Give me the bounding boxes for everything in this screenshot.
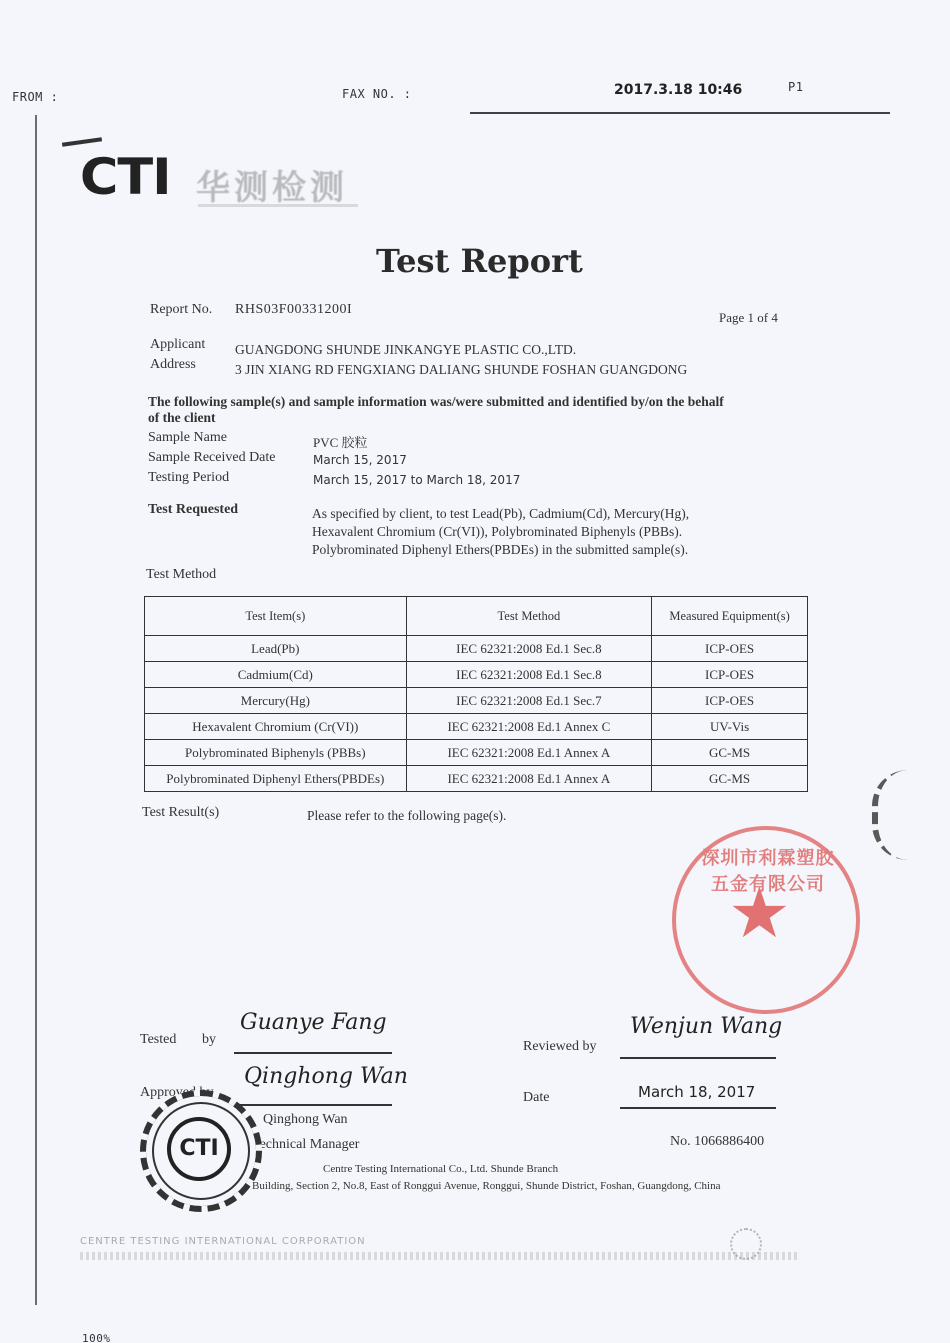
page-title: Test Report (376, 242, 583, 280)
cell-test-method: IEC 62321:2008 Ed.1 Sec.8 (406, 662, 652, 688)
cell-test-method: IEC 62321:2008 Ed.1 Annex A (406, 740, 652, 766)
approver-title: Technical Manager (252, 1137, 359, 1153)
cell-equipment: GC-MS (652, 766, 808, 792)
cell-test-item: Hexavalent Chromium (Cr(VI)) (145, 714, 407, 740)
company-red-seal: ★ 深圳市利霖塑胶五金有限公司 (672, 826, 860, 1014)
table-row: Polybrominated Diphenyl Ethers(PBDEs)IEC… (145, 766, 808, 792)
cti-round-stamp: CTI (140, 1090, 262, 1212)
test-method-table: Test Item(s) Test Method Measured Equipm… (144, 596, 808, 792)
reviewed-signature-line (620, 1057, 776, 1059)
testing-period-label: Testing Period (148, 470, 229, 486)
table-row: Cadmium(Cd)IEC 62321:2008 Ed.1 Sec.8ICP-… (145, 662, 808, 688)
testing-period-value: March 15, 2017 to March 18, 2017 (313, 473, 520, 487)
company-footer-address: Building, Section 2, No.8, East of Rongg… (252, 1180, 721, 1192)
page-indicator: Page 1 of 4 (719, 310, 778, 326)
test-requested-line-3: Polybrominated Diphenyl Ethers(PBDEs) in… (312, 542, 688, 558)
approved-signature: Qinghong Wan (244, 1064, 408, 1089)
report-no: RHS03F00331200I (235, 302, 352, 318)
faded-contact-line (80, 1252, 800, 1260)
faded-letterhead: CENTRE TESTING INTERNATIONAL CORPORATION (80, 1236, 366, 1247)
sample-name-label: Sample Name (148, 430, 227, 446)
logo-subtitle (198, 204, 358, 207)
reviewed-signature: Wenjun Wang (630, 1014, 782, 1039)
fax-from-label: FROM : (12, 90, 58, 104)
cell-equipment: ICP-OES (652, 662, 808, 688)
faded-logo-icon (730, 1228, 762, 1260)
page-counter: 100% (82, 1332, 111, 1343)
cell-test-method: IEC 62321:2008 Ed.1 Sec.8 (406, 636, 652, 662)
cell-test-item: Mercury(Hg) (145, 688, 407, 714)
table-header-row: Test Item(s) Test Method Measured Equipm… (145, 597, 808, 636)
approver-name: Qinghong Wan (263, 1112, 348, 1128)
company-footer-name: Centre Testing International Co., Ltd. S… (323, 1163, 558, 1175)
received-date-value: March 15, 2017 (313, 453, 407, 467)
table-row: Lead(Pb)IEC 62321:2008 Ed.1 Sec.8ICP-OES (145, 636, 808, 662)
tested-signature-line (234, 1052, 392, 1054)
test-requested-label: Test Requested (148, 502, 238, 518)
cell-test-item: Cadmium(Cd) (145, 662, 407, 688)
cell-equipment: ICP-OES (652, 688, 808, 714)
logo-accent (62, 137, 102, 147)
intro-line-2: of the client (148, 410, 215, 426)
test-result-value: Please refer to the following page(s). (307, 808, 506, 824)
table-row: Polybrominated Biphenyls (PBBs)IEC 62321… (145, 740, 808, 766)
header-test-method: Test Method (406, 597, 652, 636)
cell-test-method: IEC 62321:2008 Ed.1 Annex C (406, 714, 652, 740)
cell-test-item: Polybrominated Biphenyls (PBBs) (145, 740, 407, 766)
cell-equipment: UV-Vis (652, 714, 808, 740)
cell-test-item: Lead(Pb) (145, 636, 407, 662)
header-test-item: Test Item(s) (145, 597, 407, 636)
test-requested-line-2: Hexavalent Chromium (Cr(VI)), Polybromin… (312, 524, 682, 540)
cti-logo: CTI (80, 148, 171, 206)
seal-text: 深圳市利霖塑胶五金有限公司 (698, 844, 838, 896)
applicant-label: Applicant (150, 337, 205, 353)
report-date: March 18, 2017 (638, 1083, 755, 1101)
left-margin-rule (35, 115, 37, 1305)
cell-equipment: GC-MS (652, 740, 808, 766)
test-requested-line-1: As specified by client, to test Lead(Pb)… (312, 506, 689, 522)
address-value: 3 JIN XIANG RD FENGXIANG DALIANG SHUNDE … (235, 362, 687, 378)
cell-equipment: ICP-OES (652, 636, 808, 662)
certificate-number: No. 1066886400 (670, 1134, 764, 1150)
fax-timestamp: 2017.3.18 10:46 (614, 82, 742, 98)
fax-divider (470, 112, 890, 114)
report-no-label: Report No. (150, 302, 212, 318)
cti-stamp-center: CTI (167, 1117, 231, 1181)
test-result-label: Test Result(s) (142, 805, 219, 821)
applicant-value: GUANGDONG SHUNDE JINKANGYE PLASTIC CO.,L… (235, 342, 576, 358)
header-equipment: Measured Equipment(s) (652, 597, 808, 636)
cell-test-method: IEC 62321:2008 Ed.1 Annex A (406, 766, 652, 792)
date-line (620, 1107, 776, 1109)
received-date-label: Sample Received Date (148, 450, 276, 466)
tested-label: Tested (140, 1032, 176, 1048)
address-label: Address (150, 357, 196, 373)
reviewed-label: Reviewed by (523, 1039, 596, 1055)
approved-signature-line (234, 1104, 392, 1106)
test-method-label: Test Method (146, 567, 216, 583)
partial-stamp-edge (872, 770, 908, 860)
table-row: Hexavalent Chromium (Cr(VI))IEC 62321:20… (145, 714, 808, 740)
sample-name-value: PVC 胶粒 (313, 432, 368, 451)
fax-number-label: FAX NO. : (342, 87, 412, 101)
date-label: Date (523, 1090, 549, 1106)
tested-signature: Guanye Fang (240, 1010, 387, 1035)
fax-page: P1 (788, 80, 803, 94)
cell-test-method: IEC 62321:2008 Ed.1 Sec.7 (406, 688, 652, 714)
table-row: Mercury(Hg)IEC 62321:2008 Ed.1 Sec.7ICP-… (145, 688, 808, 714)
tested-by-label: by (202, 1032, 216, 1048)
intro-line-1: The following sample(s) and sample infor… (148, 394, 724, 410)
cell-test-item: Polybrominated Diphenyl Ethers(PBDEs) (145, 766, 407, 792)
logo-chinese-name: 华测检测 (196, 160, 348, 209)
